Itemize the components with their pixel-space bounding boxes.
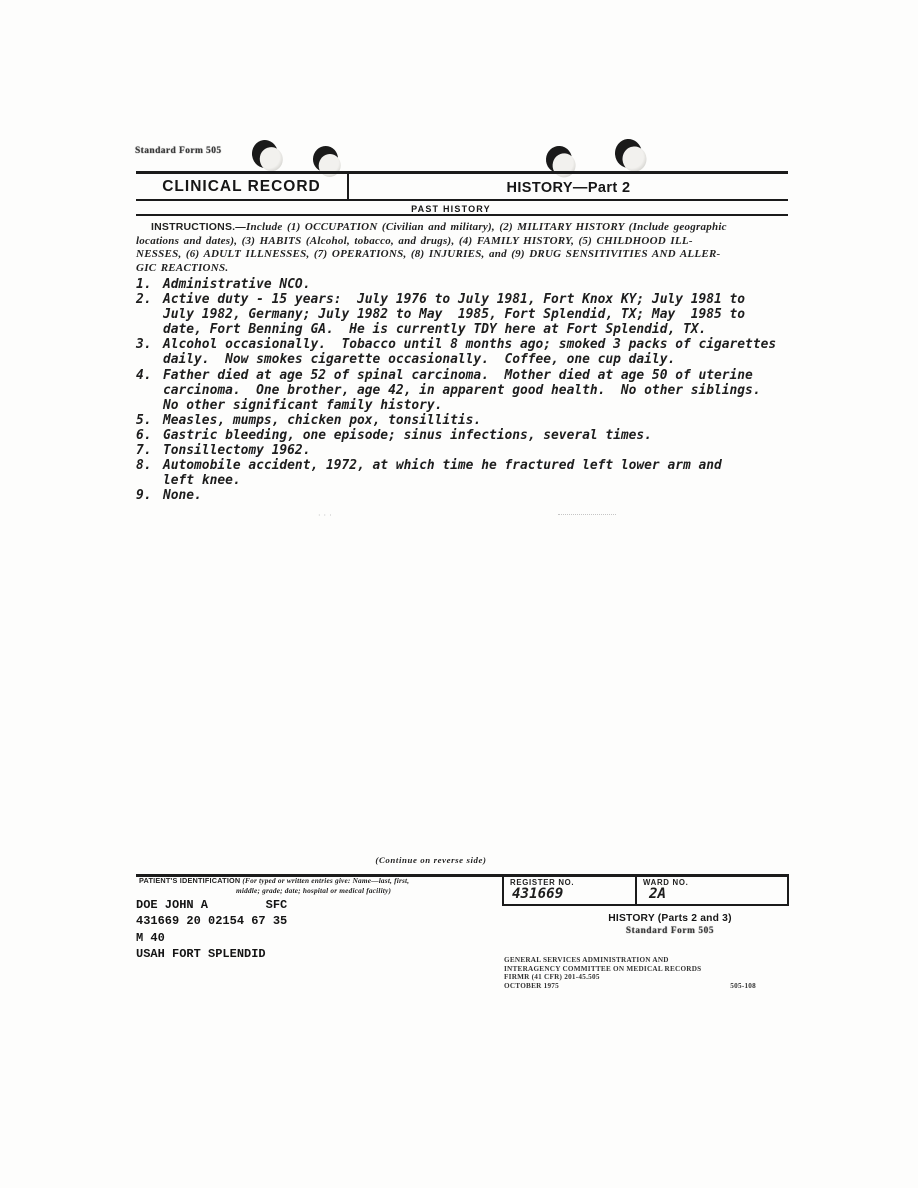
entry-number: 8. xyxy=(136,458,163,473)
history-entry: 3. Alcohol occasionally. Tobacco until 8… xyxy=(136,337,796,367)
scanned-form-page: Standard Form 505 CLINICAL RECORD HISTOR… xyxy=(0,0,918,1188)
footer-cell-divider xyxy=(502,874,504,906)
instructions-label: INSTRUCTIONS.— xyxy=(151,221,246,233)
agency-block: GENERAL SERVICES ADMINISTRATION AND INTE… xyxy=(504,956,766,991)
entry-number: 9. xyxy=(136,488,163,503)
agency-line4: OCTOBER 1975 xyxy=(504,982,559,991)
entry-text: Tonsillectomy 1962. xyxy=(163,443,796,458)
entry-text: Administrative NCO. xyxy=(163,277,796,292)
continue-note: (Continue on reverse side) xyxy=(286,855,576,865)
staple-mark xyxy=(250,138,280,169)
history-entry: 2. Active duty - 15 years: July 1976 to … xyxy=(136,292,796,337)
entry-number: 1. xyxy=(136,277,163,292)
form-number-label: Standard Form 505 xyxy=(135,146,222,156)
header-rule-bottom xyxy=(136,214,788,216)
clinical-record-title: CLINICAL RECORD xyxy=(136,178,347,196)
entry-text: Automobile accident, 1972, at which time… xyxy=(163,458,796,488)
history-entry: 9. None. xyxy=(136,488,796,503)
footer-cell-divider xyxy=(787,874,789,906)
patient-typed-block: DOE JOHN A SFC 431669 20 02154 67 35 M 4… xyxy=(136,897,287,963)
history-part2-title: HISTORY—Part 2 xyxy=(349,180,788,196)
header-rule-top xyxy=(136,171,788,174)
history-entry: 5. Measles, mumps, chicken pox, tonsilli… xyxy=(136,413,796,428)
entry-number: 7. xyxy=(136,443,163,458)
entry-text: Gastric bleeding, one episode; sinus inf… xyxy=(163,428,796,443)
agency-line1: GENERAL SERVICES ADMINISTRATION AND xyxy=(504,956,766,965)
past-history-label: PAST HISTORY xyxy=(136,204,766,214)
instructions-paragraph: INSTRUCTIONS.—Include (1) OCCUPATION (Ci… xyxy=(136,221,791,275)
history-entry: 7. Tonsillectomy 1962. xyxy=(136,443,796,458)
patient-id-label: PATIENT'S IDENTIFICATION xyxy=(139,876,240,885)
entry-text: Measles, mumps, chicken pox, tonsillitis… xyxy=(163,413,796,428)
ward-no-value: 2A xyxy=(649,886,666,902)
patient-id-note-line2: middle; grade; date; hospital or medical… xyxy=(139,886,499,895)
scan-artifact xyxy=(558,514,616,515)
header-rule-mid xyxy=(136,199,788,201)
staple-mark xyxy=(614,138,643,169)
history-entry-list: 1. Administrative NCO. 2. Active duty - … xyxy=(136,277,796,503)
staple-mark xyxy=(311,144,341,175)
entry-number: 6. xyxy=(136,428,163,443)
entry-number: 5. xyxy=(136,413,163,428)
patient-id-header: PATIENT'S IDENTIFICATION (For typed or w… xyxy=(139,876,499,895)
entry-text: None. xyxy=(163,488,796,503)
entry-number: 4. xyxy=(136,368,163,383)
entry-number: 3. xyxy=(136,337,163,352)
history-entry: 8. Automobile accident, 1972, at which t… xyxy=(136,458,796,488)
footer-box-bottom-rule xyxy=(502,904,789,906)
entry-text: Active duty - 15 years: July 1976 to Jul… xyxy=(163,292,796,337)
history-entry: 6. Gastric bleeding, one episode; sinus … xyxy=(136,428,796,443)
form-title-block: HISTORY (Parts 2 and 3) Standard Form 50… xyxy=(590,913,750,936)
agency-line3: FIRMR (41 CFR) 201-45.505 xyxy=(504,973,766,982)
agency-line2: INTERAGENCY COMMITTEE ON MEDICAL RECORDS xyxy=(504,965,766,974)
form-title-line2: Standard Form 505 xyxy=(590,926,750,936)
patient-id-note-line1: (For typed or written entries give: Name… xyxy=(242,876,409,885)
history-entry: 4. Father died at age 52 of spinal carci… xyxy=(136,368,796,413)
footer-cell-divider xyxy=(635,874,637,906)
form-title-line1: HISTORY (Parts 2 and 3) xyxy=(590,913,750,924)
staple-mark xyxy=(545,145,573,174)
register-no-value: 431669 xyxy=(512,886,563,902)
stock-number: 505-108 xyxy=(730,982,756,991)
entry-number: 2. xyxy=(136,292,163,307)
entry-text: Father died at age 52 of spinal carcinom… xyxy=(163,368,796,413)
entry-text: Alcohol occasionally. Tobacco until 8 mo… xyxy=(163,337,796,367)
scan-artifact: ··· xyxy=(318,511,364,520)
history-entry: 1. Administrative NCO. xyxy=(136,277,796,292)
